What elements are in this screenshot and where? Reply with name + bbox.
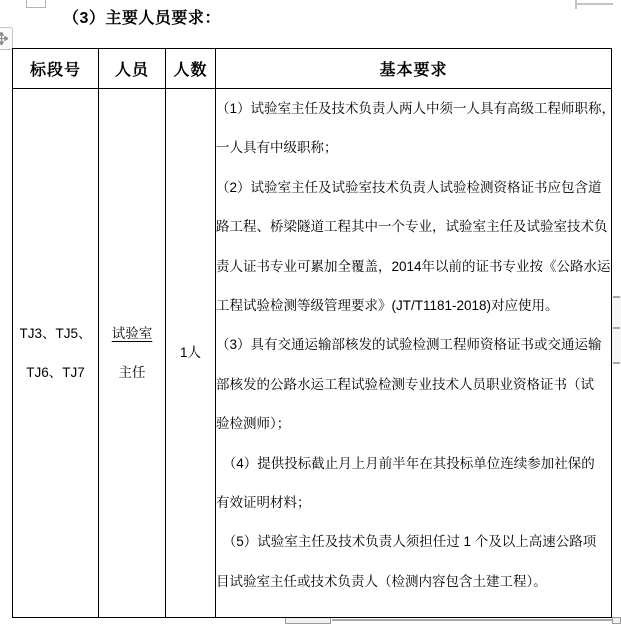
header-row: 标段号 人员 人数 基本要求 xyxy=(13,49,612,89)
requirement-line: 一人具有中级职称； xyxy=(216,128,611,167)
requirement-line: （3）具有交通运输部核发的试验检测工程师资格证书或交通运输 xyxy=(216,325,611,364)
requirement-line: 有效证明材料； xyxy=(216,483,611,522)
requirement-line: （4）提供投标截止月上月前半年在其投标单位连续参加社保的 xyxy=(216,444,611,483)
requirement-line: 目试验室主任或技术负责人（检测内容包含土建工程）。 xyxy=(216,562,611,601)
requirement-line: 责人证书专业可累加全覆盖，2014年以前的证书专业按《公路水运 xyxy=(216,247,611,286)
cell-count: 1人 xyxy=(166,89,216,618)
text-boundary-mark-top-left xyxy=(26,0,46,8)
text-boundary-mark-top-right xyxy=(575,3,613,5)
requirement-line: （1）试验室主任及技术负责人两人中须一人具有高级工程师职称， xyxy=(216,89,611,128)
requirement-line: （5）试验室主任及技术负责人须担任过 1 个及以上高速公路项 xyxy=(216,522,611,561)
scrollbar-grip-dash xyxy=(613,296,620,298)
requirement-line: （2）试验室主任及试验室技术负责人试验检测资格证书应包含道 xyxy=(216,168,611,207)
personnel-requirements-table: 标段号 人员 人数 基本要求 TJ3、TJ5、 TJ6、TJ7 试验室 主任 1… xyxy=(12,48,612,618)
personnel-line: 主任 xyxy=(99,353,165,392)
count-value: 1人 xyxy=(166,333,215,372)
header-personnel: 人员 xyxy=(99,49,166,89)
table-move-handle-icon[interactable] xyxy=(0,27,13,50)
requirement-line: 验检测师）； xyxy=(216,404,611,443)
requirement-line: 部核发的公路水运工程试验检测专业技术人员职业资格证书（试 xyxy=(216,365,611,404)
scrollbar-grip-dash xyxy=(613,362,620,364)
text-boundary-mark-top-right-stub xyxy=(575,0,577,9)
four-way-arrow-icon xyxy=(0,32,8,45)
header-count: 人数 xyxy=(166,49,216,89)
requirement-line: 工程试验检测等级管理要求》(JT/T1181-2018)对应使用。 xyxy=(216,286,611,325)
personnel-line-underlined: 试验室 xyxy=(99,314,165,353)
header-basic-requirements: 基本要求 xyxy=(216,49,612,89)
cell-requirements: （1）试验室主任及技术负责人两人中须一人具有高级工程师职称， 一人具有中级职称；… xyxy=(216,89,612,618)
section-no-line: TJ6、TJ7 xyxy=(13,353,98,392)
scrollbar-grip-dash xyxy=(613,327,620,329)
cell-section-no: TJ3、TJ5、 TJ6、TJ7 xyxy=(13,89,99,618)
header-section-no: 标段号 xyxy=(13,49,99,89)
vertical-scrollbar-thumb[interactable] xyxy=(612,296,621,364)
horizontal-scrollbar-track-edge xyxy=(332,619,612,621)
page-title: （3）主要人员要求： xyxy=(63,5,221,28)
horizontal-scrollbar-thumb[interactable] xyxy=(285,617,331,624)
table-row: TJ3、TJ5、 TJ6、TJ7 试验室 主任 1人 （1）试验室主任及技术负责… xyxy=(13,89,612,618)
section-no-line: TJ3、TJ5、 xyxy=(13,314,98,353)
requirement-line: 路工程、桥梁隧道工程其中一个专业，试验室主任及试验室技术负 xyxy=(216,207,611,246)
document-page: （3）主要人员要求： 标段号 人员 人数 基本要求 TJ3、TJ5、 TJ6、T… xyxy=(0,0,621,624)
scrollbar-corner xyxy=(612,617,621,624)
cell-personnel: 试验室 主任 xyxy=(99,89,166,618)
